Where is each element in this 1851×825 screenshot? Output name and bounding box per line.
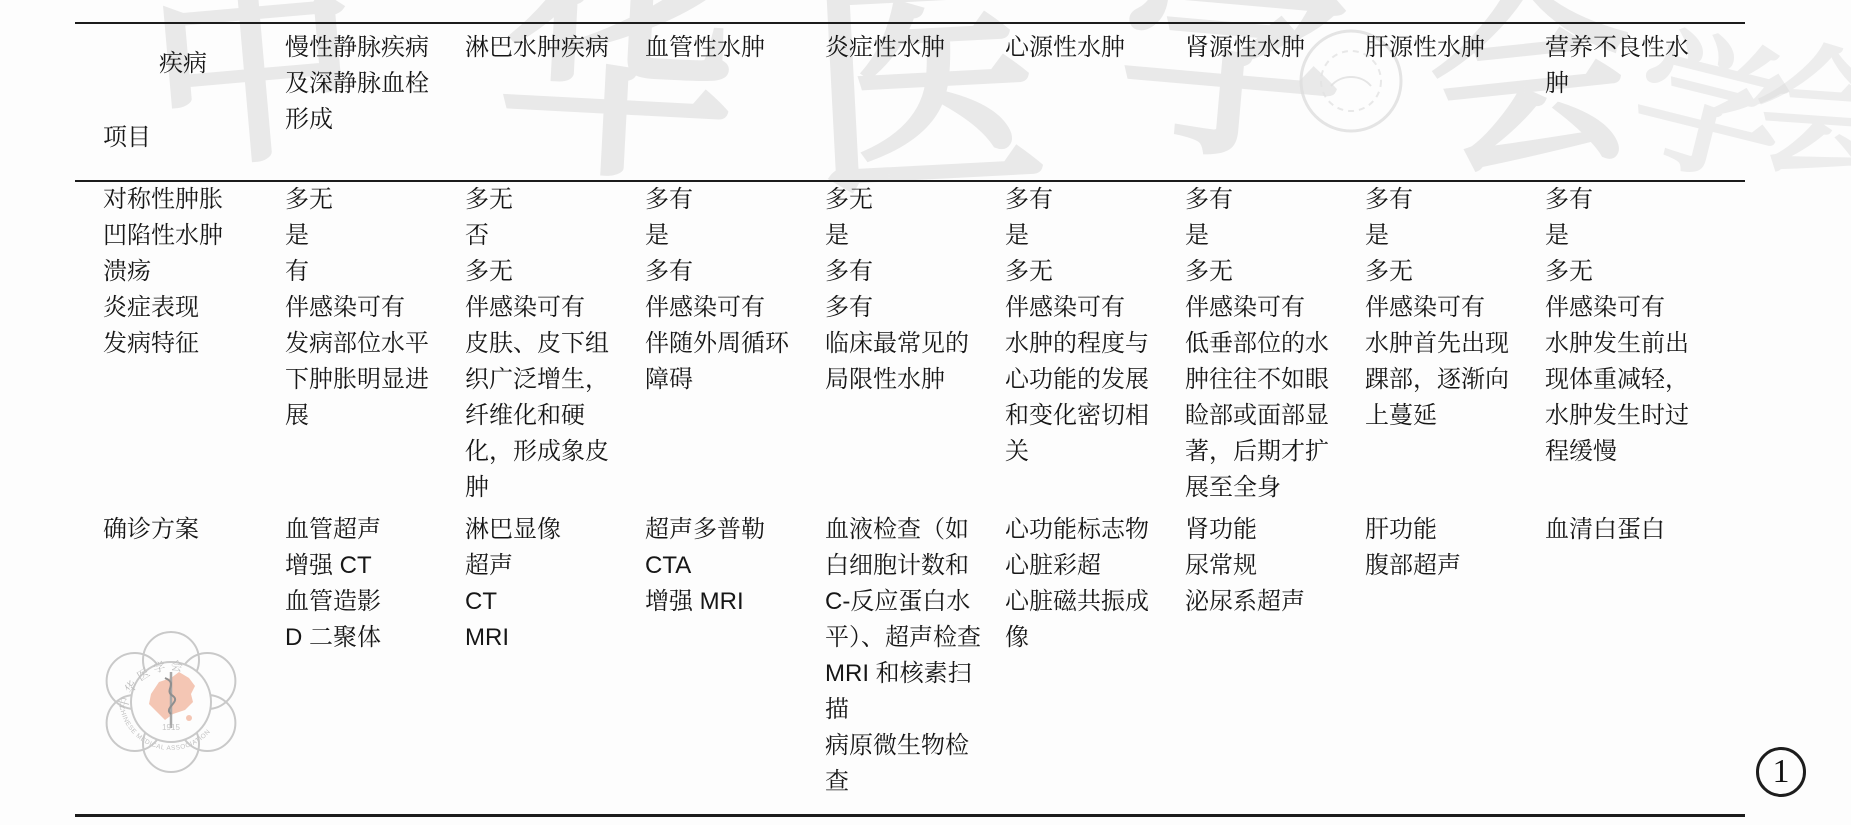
cell: 肝功能 腹部超声	[1365, 506, 1545, 816]
cell: 是	[645, 218, 825, 254]
row-label: 发病特征	[75, 326, 285, 506]
cell: 血清白蛋白	[1545, 506, 1725, 816]
cell: 伴感染可有	[285, 290, 465, 326]
col-header-malnutrition: 营养不良性水 肿	[1545, 23, 1725, 181]
cell: 伴感染可有	[1005, 290, 1185, 326]
cell: 多有	[645, 181, 825, 218]
cell: 伴感染可有	[1545, 290, 1725, 326]
header-row: 疾病 项目 慢性静脉疾病 及深静脉血栓 形成 淋巴水肿疾病 血管性水肿 炎症性水…	[75, 23, 1745, 181]
row-label: 溃疡	[75, 254, 285, 290]
col-header-filler	[1725, 23, 1745, 181]
cell: 是	[1545, 218, 1725, 254]
col-header-cardiogenic: 心源性水肿	[1005, 23, 1185, 181]
table-row: 对称性肿胀 多无 多无 多有 多无 多有 多有 多有 多有	[75, 181, 1745, 218]
cell: 多无	[1005, 254, 1185, 290]
cell: 临床最常见的 局限性水肿	[825, 326, 1005, 506]
cell: 伴感染可有	[645, 290, 825, 326]
cell: 多无	[825, 181, 1005, 218]
col-header-hepatic: 肝源性水肿	[1365, 23, 1545, 181]
table-row: 炎症表现 伴感染可有 伴感染可有 伴感染可有 多有 伴感染可有 伴感染可有 伴感…	[75, 290, 1745, 326]
document-page: 中 华 医 学 会 学 会 疾病 项目 慢性静脉疾病 及深静脉血栓 形成 淋巴水…	[0, 0, 1851, 825]
cell: 淋巴显像 超声 CT MRI	[465, 506, 645, 816]
cell: 多有	[1185, 181, 1365, 218]
col-header-venous: 慢性静脉疾病 及深静脉血栓 形成	[285, 23, 465, 181]
row-label: 炎症表现	[75, 290, 285, 326]
cell: 多有	[1005, 181, 1185, 218]
col-header-inflammatory: 炎症性水肿	[825, 23, 1005, 181]
cell: 多有	[1545, 181, 1725, 218]
cell-filler	[1725, 181, 1745, 218]
cell: 是	[825, 218, 1005, 254]
cell: 是	[1185, 218, 1365, 254]
cell: 多有	[1365, 181, 1545, 218]
cell-filler	[1725, 218, 1745, 254]
cell: 低垂部位的水 肿往往不如眼 睑部或面部显 著，后期才扩 展至全身	[1185, 326, 1365, 506]
cell-filler	[1725, 326, 1745, 506]
edema-comparison-table: 疾病 项目 慢性静脉疾病 及深静脉血栓 形成 淋巴水肿疾病 血管性水肿 炎症性水…	[75, 22, 1745, 817]
cell: 水肿的程度与 心功能的发展 和变化密切相 关	[1005, 326, 1185, 506]
cell: 伴感染可有	[1365, 290, 1545, 326]
cell: 肾功能 尿常规 泌尿系超声	[1185, 506, 1365, 816]
cell: 是	[285, 218, 465, 254]
cell: 伴随外周循环 障碍	[645, 326, 825, 506]
cell: 多有	[825, 254, 1005, 290]
cell: 伴感染可有	[1185, 290, 1365, 326]
row-label: 对称性肿胀	[75, 181, 285, 218]
cell: 多无	[1185, 254, 1365, 290]
col-header-renal: 肾源性水肿	[1185, 23, 1365, 181]
cell: 多无	[1545, 254, 1725, 290]
page-number-badge: 1	[1756, 747, 1806, 797]
row-label: 凹陷性水肿	[75, 218, 285, 254]
row-label: 确诊方案	[75, 506, 285, 816]
cell: 水肿首先出现 踝部，逐渐向 上蔓延	[1365, 326, 1545, 506]
cell: 心功能标志物 心脏彩超 心脏磁共振成 像	[1005, 506, 1185, 816]
corner-disease-label: 疾病	[159, 46, 207, 82]
cell: 多有	[645, 254, 825, 290]
col-header-lymphedema: 淋巴水肿疾病	[465, 23, 645, 181]
cell-filler	[1725, 506, 1745, 816]
table-row: 确诊方案 血管超声 增强 CT 血管造影 D 二聚体 淋巴显像 超声 CT MR…	[75, 506, 1745, 816]
cell: 是	[1005, 218, 1185, 254]
cell-filler	[1725, 254, 1745, 290]
cell: 多无	[465, 181, 645, 218]
cell: 皮肤、皮下组 织广泛增生， 纤维化和硬 化，形成象皮 肿	[465, 326, 645, 506]
cell: 伴感染可有	[465, 290, 645, 326]
cell-filler	[1725, 290, 1745, 326]
cell: 多无	[465, 254, 645, 290]
corner-cell: 疾病 项目	[75, 23, 285, 181]
cell: 有	[285, 254, 465, 290]
corner-item-label: 项目	[103, 120, 151, 156]
cell: 多有	[825, 290, 1005, 326]
col-header-angioedema: 血管性水肿	[645, 23, 825, 181]
cell: 血管超声 增强 CT 血管造影 D 二聚体	[285, 506, 465, 816]
cell: 否	[465, 218, 645, 254]
table-row: 溃疡 有 多无 多有 多有 多无 多无 多无 多无	[75, 254, 1745, 290]
cell: 血液检查（如 白细胞计数和 C-反应蛋白水 平）、超声检查 MRI 和核素扫 描…	[825, 506, 1005, 816]
cell: 水肿发生前出 现体重减轻， 水肿发生时过 程缓慢	[1545, 326, 1725, 506]
cell: 超声多普勒 CTA 增强 MRI	[645, 506, 825, 816]
cell: 多无	[1365, 254, 1545, 290]
page-number: 1	[1773, 753, 1790, 791]
watermark-char: 会	[1750, 40, 1851, 189]
table-row: 凹陷性水肿 是 否 是 是 是 是 是 是	[75, 218, 1745, 254]
table-row: 发病特征 发病部位水平 下肿胀明显进 展 皮肤、皮下组 织广泛增生， 纤维化和硬…	[75, 326, 1745, 506]
cell: 是	[1365, 218, 1545, 254]
cell: 多无	[285, 181, 465, 218]
cell: 发病部位水平 下肿胀明显进 展	[285, 326, 465, 506]
